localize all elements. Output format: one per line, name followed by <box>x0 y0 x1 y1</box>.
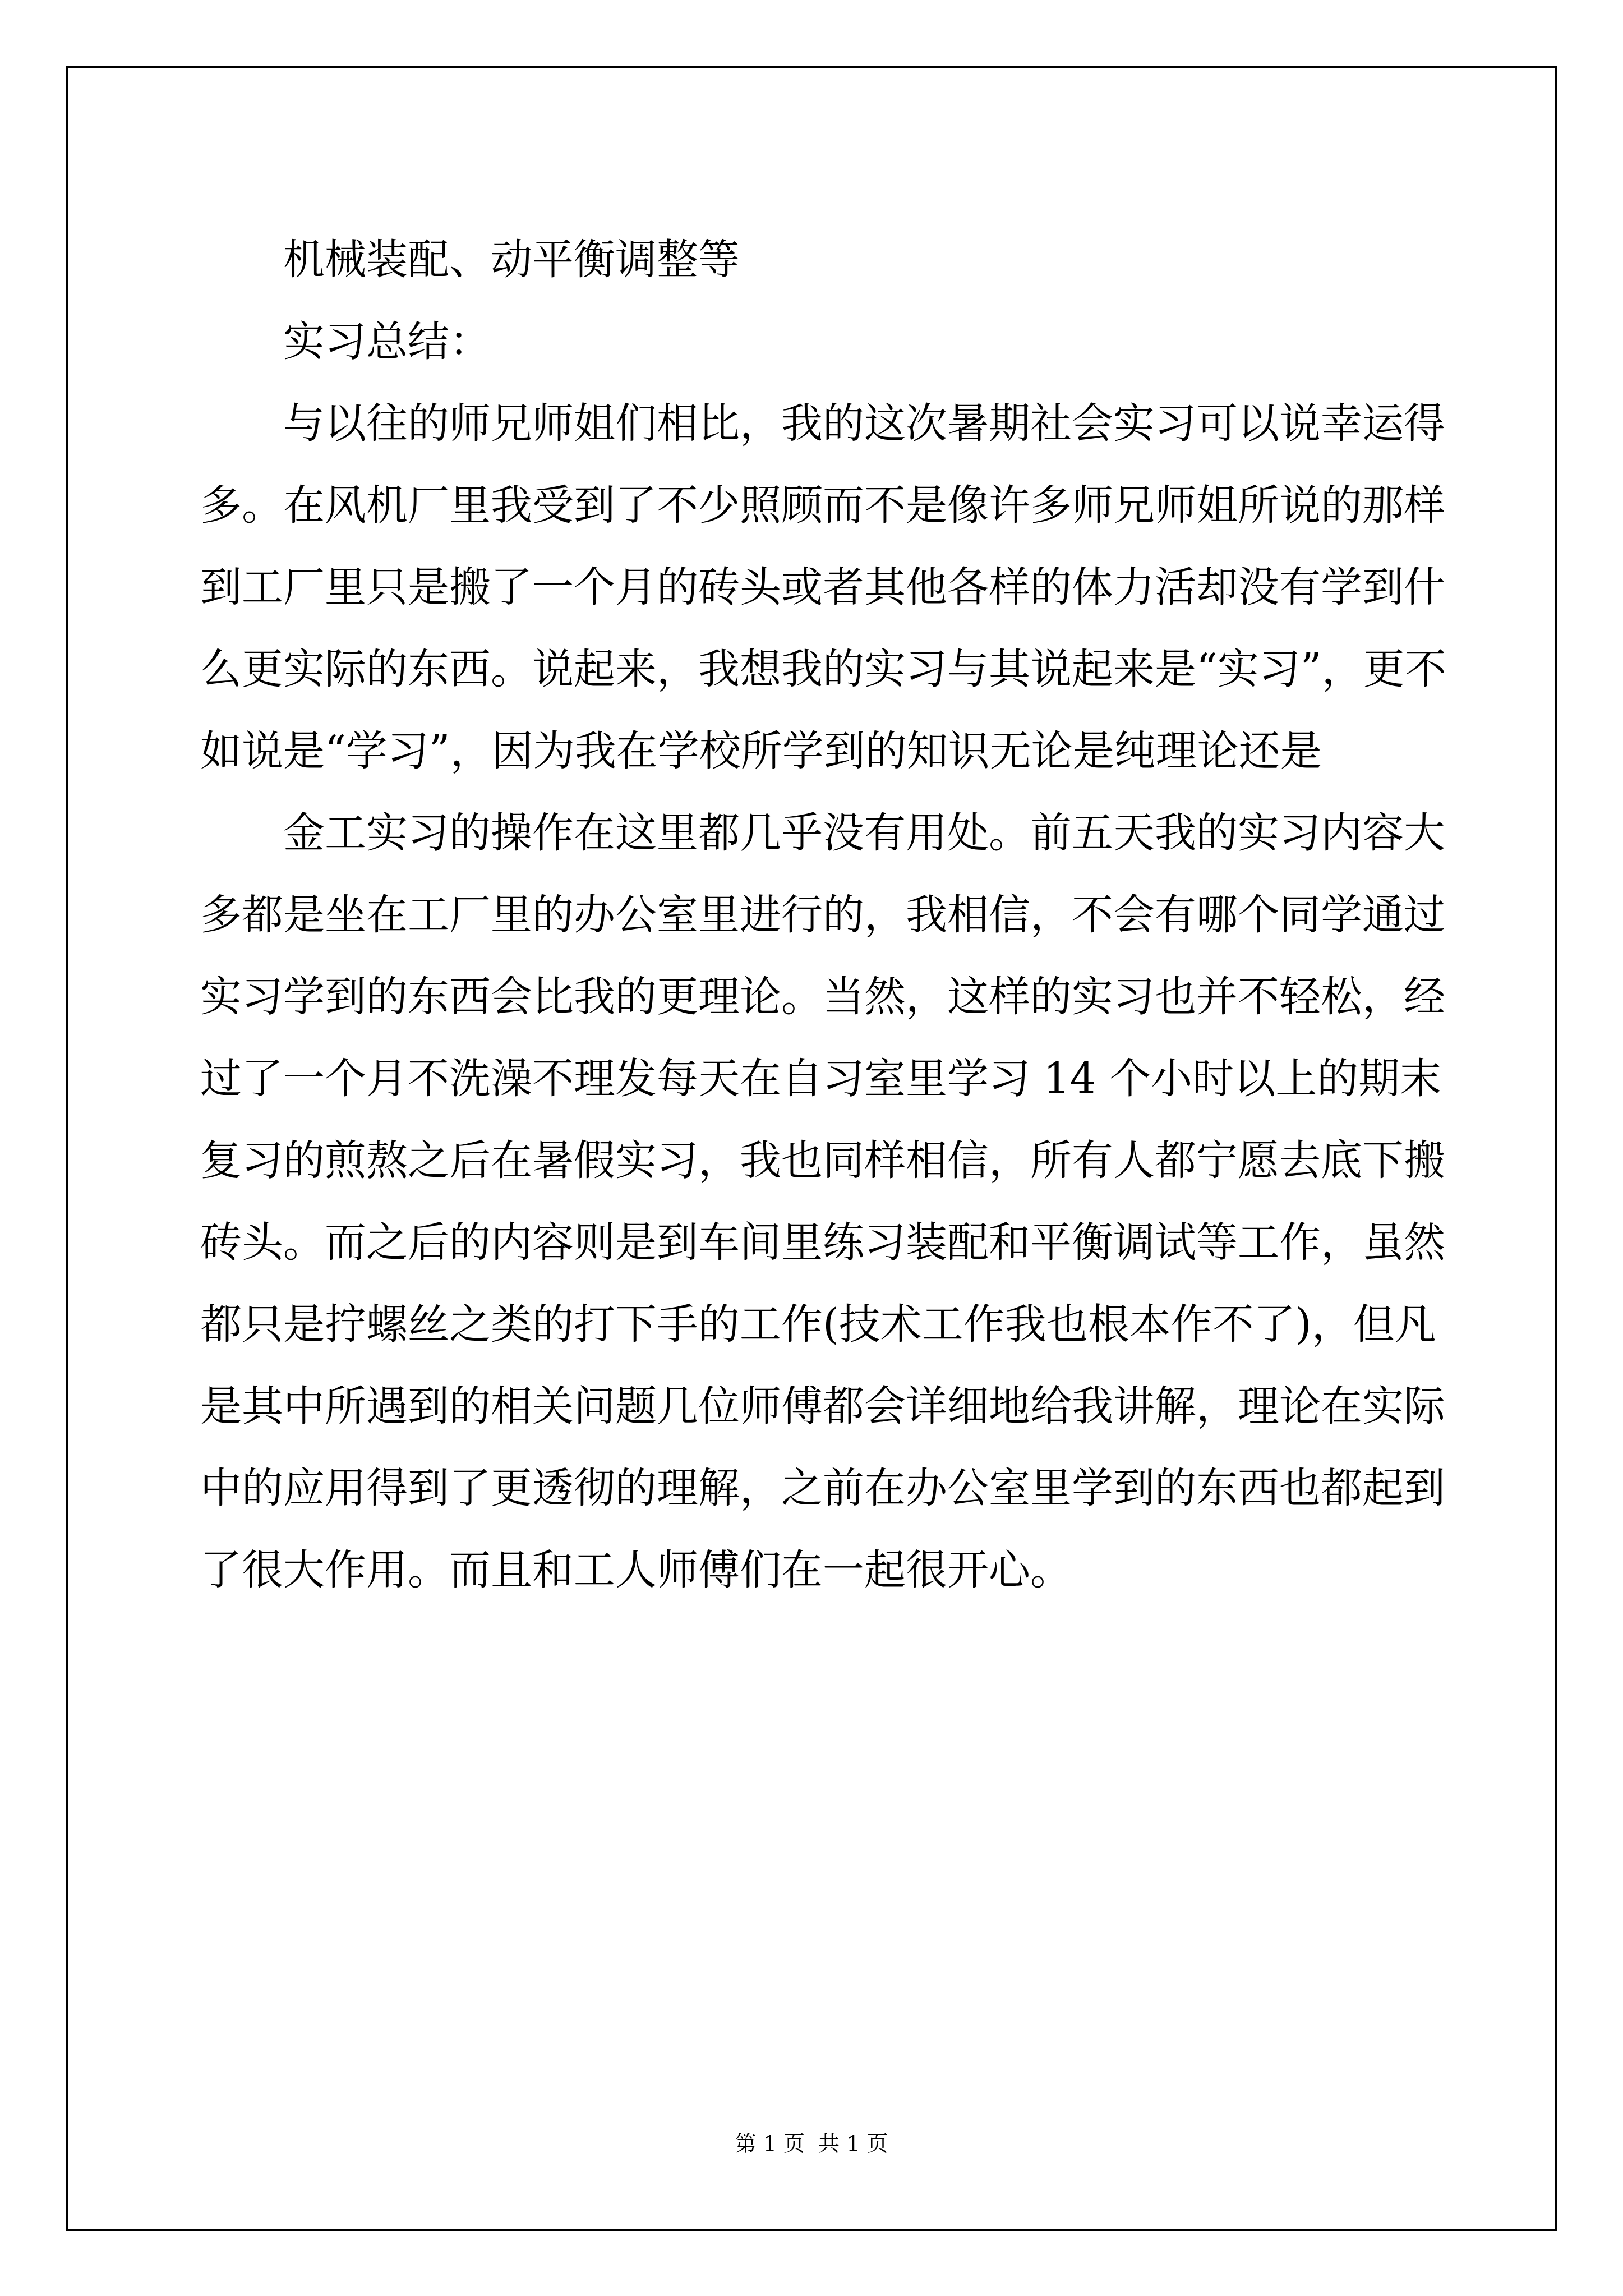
text-line: 是其中所遇到的相关问题几位师傅都会详细地给我讲解，理论在实际 <box>200 1365 1434 1447</box>
text-line: 都只是拧螺丝之类的打下手的工作(技术工作我也根本作不了)，但凡 <box>200 1283 1434 1365</box>
text-line: 中的应用得到了更透彻的理解，之前在办公室里学到的东西也都起到 <box>200 1447 1434 1529</box>
text-line: 过了一个月不洗澡不理发每天在自习室里学习 14 个小时以上的期末 <box>200 1038 1434 1120</box>
text-line: 实习学到的东西会比我的更理论。当然，这样的实习也并不轻松，经 <box>200 956 1434 1038</box>
page-total: 共 1 页 <box>818 2131 888 2156</box>
text-line: 了很大作用。而且和工人师傅们在一起很开心。 <box>200 1529 1434 1611</box>
document-body: 机械装配、动平衡调整等 实习总结： 与以往的师兄师姐们相比，我的这次暑期社会实习… <box>200 219 1434 1611</box>
text-line: 砖头。而之后的内容则是到车间里练习装配和平衡调试等工作，虽然 <box>200 1202 1434 1283</box>
text-line: 多都是坐在工厂里的办公室里进行的，我相信，不会有哪个同学通过 <box>200 874 1434 956</box>
text-line: 复习的煎熬之后在暑假实习，我也同样相信，所有人都宁愿去底下搬 <box>200 1120 1434 1202</box>
text-line: 如说是“学习”，因为我在学校所学到的知识无论是纯理论还是 <box>200 710 1434 792</box>
section-heading: 实习总结： <box>200 301 1434 383</box>
text-line: 与以往的师兄师姐们相比，我的这次暑期社会实习可以说幸运得 <box>200 383 1434 464</box>
page-footer: 第 1 页 共 1 页 <box>0 2126 1623 2157</box>
text-line: 到工厂里只是搬了一个月的砖头或者其他各样的体力活却没有学到什 <box>200 546 1434 628</box>
text-line: 多。在风机厂里我受到了不少照顾而不是像许多师兄师姐所说的那样 <box>200 464 1434 546</box>
text-line: 机械装配、动平衡调整等 <box>200 219 1434 301</box>
text-line: 么更实际的东西。说起来，我想我的实习与其说起来是“实习”，更不 <box>200 628 1434 710</box>
page-number: 第 1 页 <box>735 2131 805 2156</box>
text-line: 金工实习的操作在这里都几乎没有用处。前五天我的实习内容大 <box>200 792 1434 874</box>
